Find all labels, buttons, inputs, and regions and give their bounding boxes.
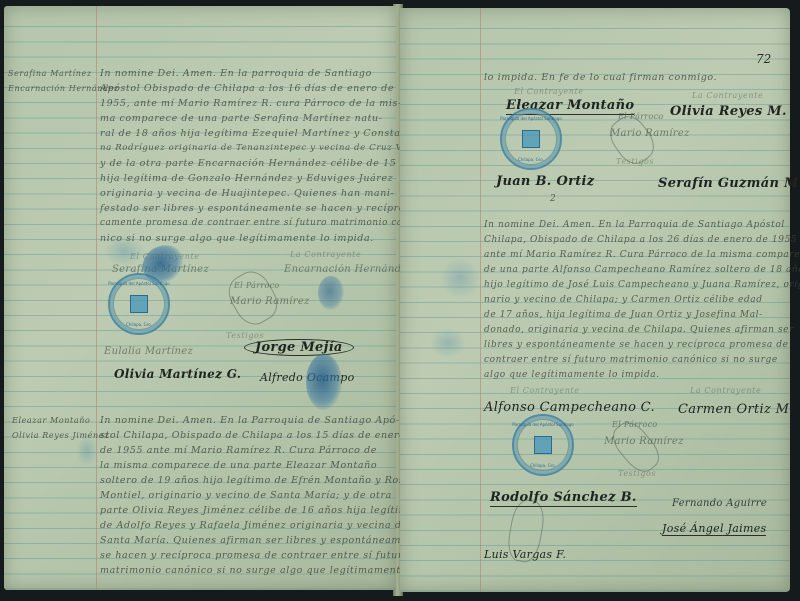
entry-text-line: matrimonio canónico si no surge algo que… [100,563,407,578]
entry-text-line: lo impida. En fe de lo cual firman conmi… [484,70,717,85]
entry-text-line: soltero de 19 años hijo legítimo de Efré… [100,473,411,488]
entry-text-line: hijo legítimo de José Luis Campecheano y… [484,278,800,293]
signature: Rodolfo Sánchez B. [490,490,637,507]
right-page: 72 lo impida. En fe de lo cual firman co… [400,8,790,592]
signature: José Ángel Jaimes [662,522,766,536]
entry-text-line: de 17 años, hija legítima de Juan Ortiz … [484,308,763,323]
entry-text-line: parte Olivia Reyes Jiménez célibe de 16 … [100,503,414,518]
entry-text-line: algo que legítimamente lo impida. [484,368,660,383]
entry-text-line: nario y vecino de Chilapa; y Carmen Orti… [484,293,763,308]
entry-text-line: stol Chilapa, Obispado de Chilapa a los … [100,428,405,443]
entry-text-line: na Rodríguez originaria de Tenanzintepec… [100,141,436,156]
entry-text-line: Apóstol Obispado de Chilapa a los 16 día… [100,81,394,96]
signature: Juan B. Ortiz [496,174,594,189]
signature-label: El Contrayente [510,383,580,398]
entry-text-line: ma comparece de una parte Serafina Martí… [100,111,383,126]
entry-text-line: In nomine Dei. Amen. En la Parroquia de … [100,413,400,428]
entry-text-line: camente promesa de contraer entre sí fut… [100,216,418,231]
entry-text-line: hija legítima de Gonzalo Hernández y Edu… [100,171,393,186]
entry-text-line: Santa María. Quienes afirman ser libres … [100,533,425,548]
witness-label: Testigos [618,466,656,481]
page-number: 72 [756,52,771,66]
signature: Serafín Guzmán M. [658,176,800,191]
fingerprint [318,276,344,310]
entry-text-line: Montiel, originario y vecino de Santa Ma… [100,488,392,503]
entry-text-line: In nomine Dei. Amen. En la Parroquia de … [484,218,785,233]
signature-label: La Contrayente [290,247,361,262]
entry-text-line: ante mí Mario Ramírez R. Cura Párroco de… [484,248,800,263]
entry-text-line: de una parte Alfonso Campecheano Ramírez… [484,263,800,278]
signature: Alfonso Campecheano C. [484,400,655,415]
entry-text-line: 1955, ante mí Mario Ramírez R. cura Párr… [100,96,402,111]
parish-stamp: Parroquia del Apóstol Santiago Chilapa, … [500,108,562,170]
signature-label: La Contrayente [690,383,761,398]
signature: Carmen Ortiz M. [678,402,794,417]
margin-name: Olivia Reyes Jiménez [12,428,109,443]
entry-text-line: y de la otra parte Encarnación Hernández… [100,156,425,171]
scrawl-mark [222,265,284,331]
entry-text-line: Chilapa, Obispado de Chilapa a los 26 dí… [484,233,797,248]
signature: Olivia Reyes M. [670,104,787,119]
ink-smudge [430,328,466,358]
seal-emblem-icon [534,436,552,454]
seal-emblem-icon [522,130,540,148]
entry-text-line: de 1955 ante mí Mario Ramírez R. Cura Pá… [100,443,377,458]
entry-text-line: la misma comparece de una parte Eleazar … [100,458,377,473]
left-page: Serafina Martínez Encarnación Hernández … [4,6,396,590]
parish-stamp: Parroquia del Apóstol Santiago Chilapa, … [512,414,574,476]
entry-text-line: donado, originaria y vecina de Chilapa. … [484,323,794,338]
signature-label: La Contrayente [692,88,763,103]
signature-label: El Contrayente [514,84,584,99]
fingerprint [306,354,342,410]
margin-name: Eleazar Montaño [12,413,90,428]
ink-smudge [104,236,144,266]
ink-smudge [440,258,480,298]
margin-name: Serafina Martínez [8,66,92,81]
entry-text-line: se hacen y recíproca promesa de contraer… [100,548,409,563]
entry-text-line: In nomine Dei. Amen. En la parroquia de … [100,66,372,81]
signature-note: 2 [550,192,556,207]
signature: Fernando Aguirre [672,498,767,509]
entry-text-line: originaria y vecina de Huajintepec. Quie… [100,186,394,201]
entry-text-line: festado ser libres y espontáneamente se … [100,201,409,216]
margin-rule [480,8,481,592]
entry-text-line: ral de 18 años hija legítima Ezequiel Ma… [100,126,419,141]
signature: Olivia Martínez G. [114,367,241,381]
signature: Jorge Mejía [244,339,354,356]
entry-text-line: contraer entre sí futuro matrimonio canó… [484,353,778,368]
signature: Encarnación Hernández [284,264,413,275]
entry-text-line: de Adolfo Reyes y Rafaela Jiménez origin… [100,518,408,533]
entry-text-line: libres y espontáneamente se hacen y recí… [484,338,789,353]
signature: Eulalia Martínez [104,346,193,357]
seal-emblem-icon [130,295,148,313]
witness-label: Testigos [616,154,654,169]
